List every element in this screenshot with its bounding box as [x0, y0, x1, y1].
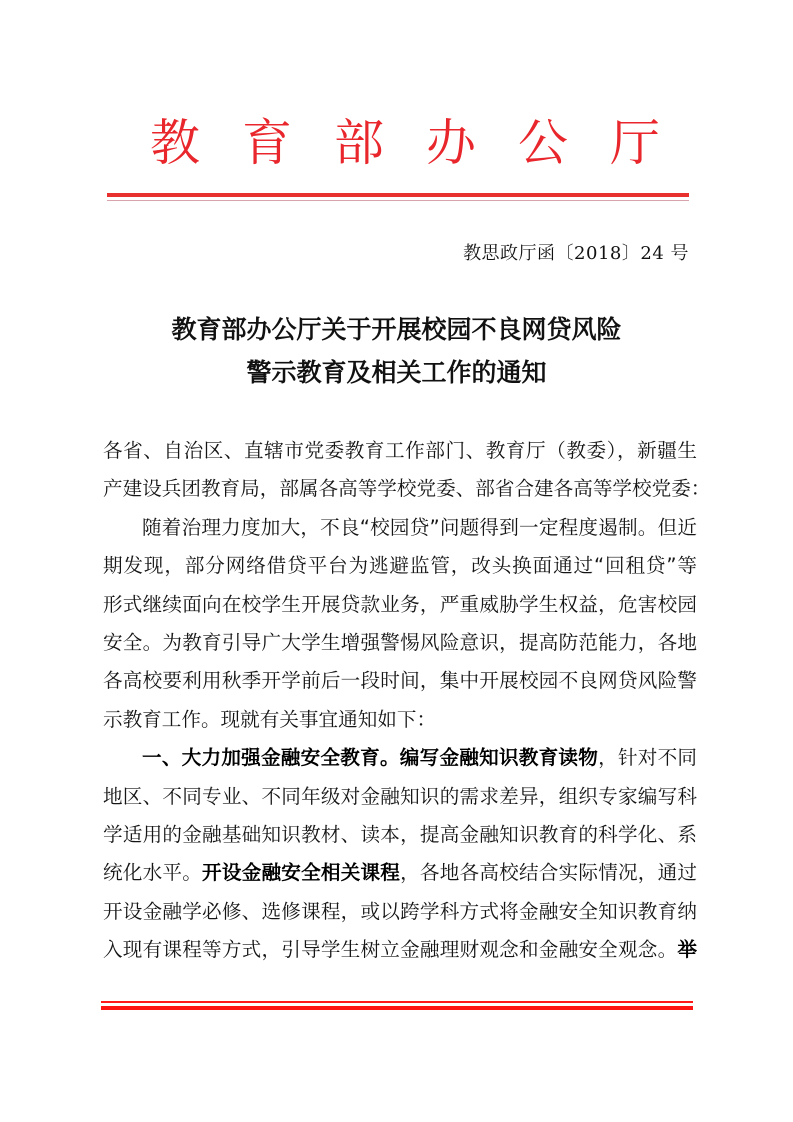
- masthead-char: 部: [334, 112, 384, 174]
- document-body: 各省、自治区、直辖市党委教育工作部门、教育厅（教委），新疆生 产建设兵团教育局，…: [103, 432, 697, 969]
- document-page: 教 育 部 办 公 厅 教思政厅函〔2018〕24 号 教育部办公厅关于开展校园…: [0, 0, 793, 1122]
- header-divider-thick: [107, 193, 689, 197]
- paragraph-line: 一、大力加强金融安全教育。编写金融知识教育读物，针对不同: [103, 739, 697, 777]
- addressee: 各省、自治区、直辖市党委教育工作部门、教育厅（教委），新疆生 产建设兵团教育局，…: [103, 432, 697, 509]
- paragraph-line: 开设金融学必修、选修课程，或以跨学科方式将金融安全知识教育纳: [103, 893, 697, 931]
- masthead-char: 厅: [610, 112, 660, 174]
- addressee-line: 各省、自治区、直辖市党委教育工作部门、教育厅（教委），新疆生: [103, 432, 697, 470]
- paragraph-2: 一、大力加强金融安全教育。编写金融知识教育读物，针对不同 地区、不同专业、不同年…: [103, 739, 697, 969]
- addressee-line: 产建设兵团教育局，部属各高等学校党委、部省合建各高等学校党委：: [103, 470, 697, 508]
- section-heading: 一、大力加强金融安全教育。: [142, 746, 400, 769]
- text-run: ，针对不同: [598, 746, 697, 769]
- paragraph-line: 入现有课程等方式，引导学生树立金融理财观念和金融安全观念。举: [103, 931, 697, 969]
- paragraph-line: 学适用的金融基础知识教材、读本，提高金融知识教育的科学化、系: [103, 816, 697, 854]
- paragraph-line: 示教育工作。现就有关事宜通知如下：: [103, 701, 697, 739]
- paragraph-1: 随着治理力度加大，不良“校园贷”问题得到一定程度遏制。但近 期发现，部分网络借贷…: [103, 509, 697, 739]
- paragraph-line: 各高校要利用秋季开学前后一段时间，集中开展校园不良网贷风险警: [103, 662, 697, 700]
- masthead-char: 育: [242, 112, 292, 174]
- bold-phrase: 开设金融安全相关课程: [202, 861, 400, 884]
- text-run: 统化水平。: [103, 861, 202, 884]
- text-run: ，各地各高校结合实际情况，通过: [400, 861, 697, 884]
- paragraph-line: 安全。为教育引导广大学生增强警惕风险意识，提高防范能力，各地: [103, 624, 697, 662]
- document-number: 教思政厅函〔2018〕24 号: [463, 240, 689, 268]
- bold-phrase: 编写金融知识教育读物: [400, 746, 598, 769]
- document-title-line-2: 警示教育及相关工作的通知: [0, 356, 793, 390]
- paragraph-line: 地区、不同专业、不同年级对金融知识的需求差异，组织专家编写科: [103, 778, 697, 816]
- masthead-title: 教 育 部 办 公 厅: [100, 112, 700, 174]
- masthead-char: 办: [426, 112, 476, 174]
- bold-phrase: 举: [677, 938, 697, 961]
- masthead-char: 公: [518, 112, 568, 174]
- paragraph-line: 统化水平。开设金融安全相关课程，各地各高校结合实际情况，通过: [103, 854, 697, 892]
- footer-divider-thin: [101, 1001, 693, 1003]
- footer-divider-thick: [101, 1006, 693, 1010]
- paragraph-line: 随着治理力度加大，不良“校园贷”问题得到一定程度遏制。但近: [103, 509, 697, 547]
- paragraph-line: 期发现，部分网络借贷平台为逃避监管，改头换面通过“回租贷”等: [103, 547, 697, 585]
- paragraph-line: 形式继续面向在校学生开展贷款业务，严重威胁学生权益，危害校园: [103, 586, 697, 624]
- header-divider-thin: [107, 200, 689, 201]
- text-run: 入现有课程等方式，引导学生树立金融理财观念和金融安全观念。: [103, 938, 677, 961]
- document-title-line-1: 教育部办公厅关于开展校园不良网贷风险: [0, 313, 793, 347]
- masthead-char: 教: [150, 112, 200, 174]
